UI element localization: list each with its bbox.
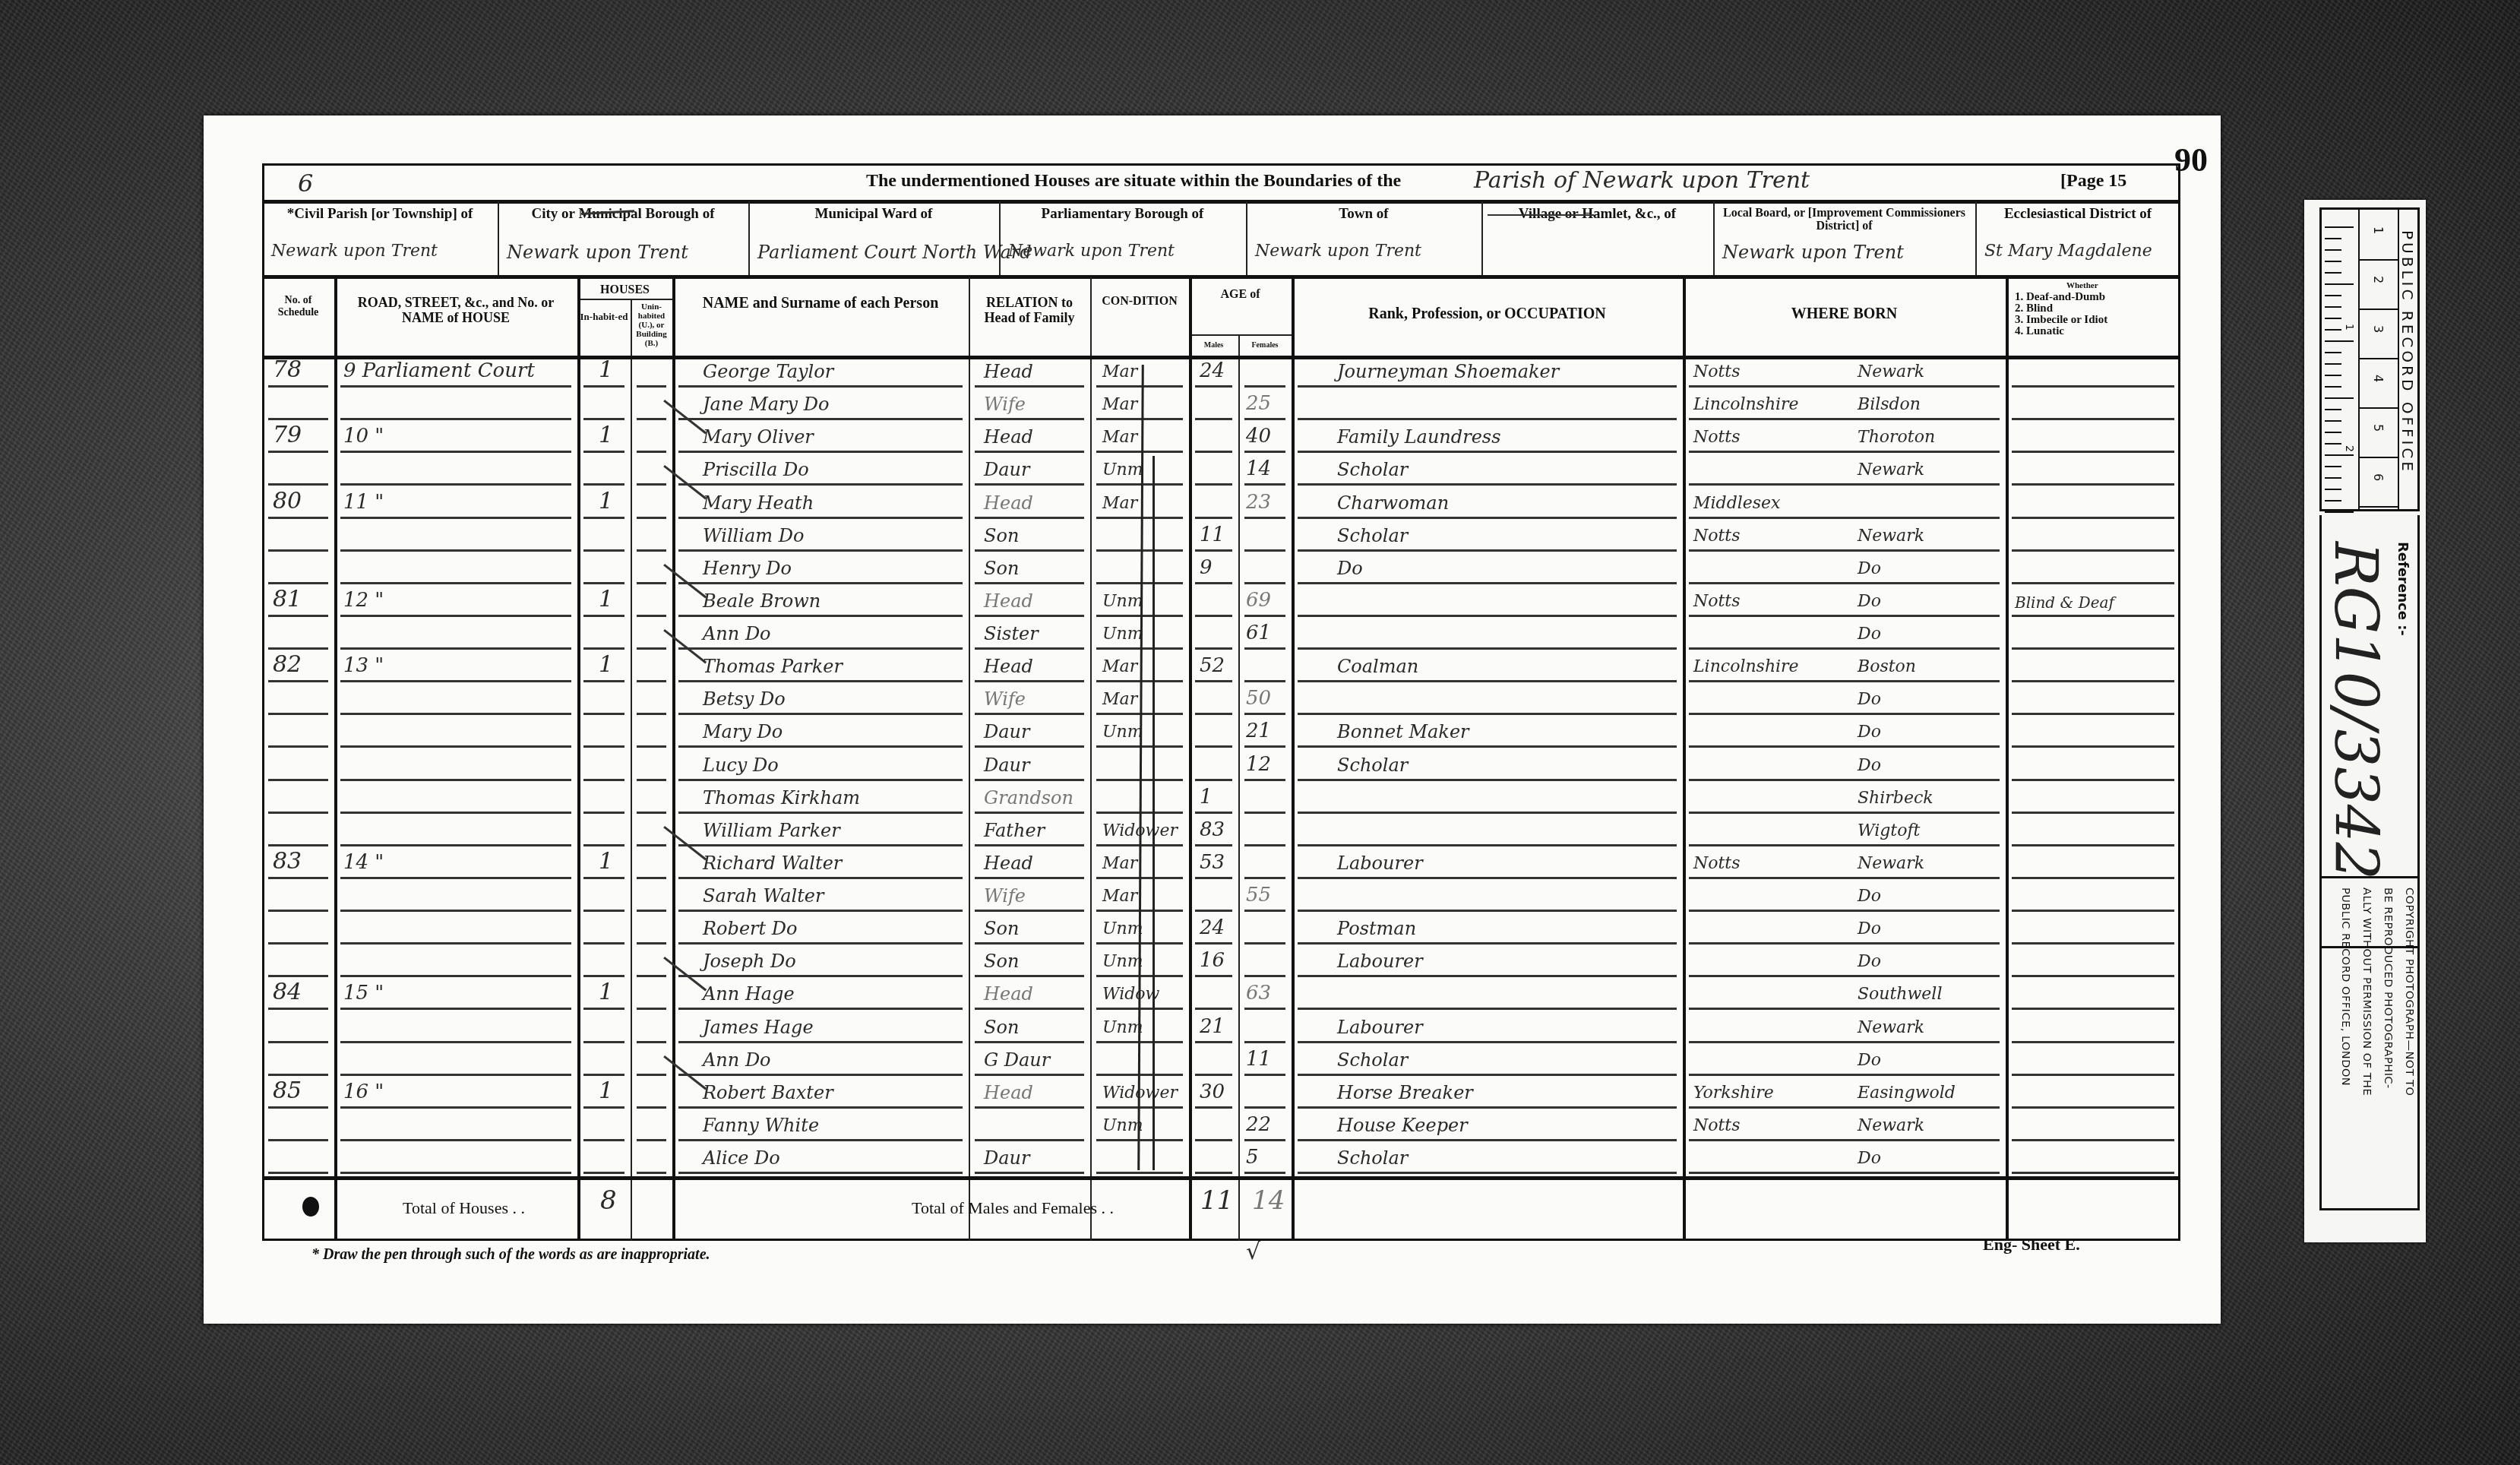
relation-to-head: G Daur bbox=[984, 1049, 1050, 1071]
row-rule bbox=[1195, 615, 1232, 617]
row-rule bbox=[583, 1041, 624, 1043]
infirmity: Blind & Deaf bbox=[2015, 593, 2114, 612]
row-rule bbox=[2012, 844, 2174, 846]
scale-number: 6 bbox=[2371, 473, 2386, 481]
row-rule bbox=[678, 451, 963, 453]
row-rule bbox=[678, 1041, 963, 1043]
ruler-tick bbox=[2325, 318, 2341, 319]
relation-to-head: Head bbox=[984, 590, 1033, 612]
row-rule bbox=[1689, 483, 2000, 486]
relation-to-head: Son bbox=[984, 525, 1019, 546]
row-rule bbox=[1244, 975, 1285, 977]
row-rule bbox=[340, 877, 571, 879]
row-rule bbox=[268, 418, 328, 420]
row-rule bbox=[1689, 1139, 2000, 1141]
schedule-number: 78 bbox=[273, 356, 302, 383]
age-divider bbox=[1189, 334, 1292, 336]
row-rule bbox=[1244, 812, 1285, 814]
row-rule bbox=[637, 1139, 666, 1141]
row-rule bbox=[2012, 549, 2174, 552]
row-rule bbox=[1195, 713, 1232, 715]
ruler-tick bbox=[2325, 397, 2354, 399]
row-rule bbox=[340, 779, 571, 781]
marital-condition: Unm bbox=[1102, 460, 1143, 479]
occupation: Do bbox=[1337, 558, 1363, 579]
ruler-tick bbox=[2325, 409, 2341, 410]
row-rule bbox=[2012, 582, 2174, 584]
row-rule bbox=[1244, 713, 1285, 715]
inhabited-count: 1 bbox=[599, 848, 613, 875]
row-rule bbox=[2012, 1008, 2174, 1010]
occupation: Scholar bbox=[1337, 1049, 1408, 1071]
row-rule bbox=[678, 1008, 963, 1010]
row-rule bbox=[975, 745, 1084, 748]
row-rule bbox=[2012, 680, 2174, 682]
inhabited-count: 1 bbox=[599, 651, 613, 678]
row-rule bbox=[1298, 779, 1677, 781]
row-rule bbox=[268, 647, 328, 650]
person-name: Robert Baxter bbox=[703, 1082, 833, 1103]
district-value: Parliament Court North Ward bbox=[757, 242, 1032, 263]
row-rule bbox=[583, 1008, 624, 1010]
row-rule bbox=[2012, 1139, 2174, 1141]
row-rule bbox=[1096, 517, 1183, 519]
ruler-tick bbox=[2325, 363, 2341, 365]
birth-place: Do bbox=[1858, 723, 1881, 742]
row-rule bbox=[1195, 385, 1232, 388]
district-label: Town of bbox=[1246, 207, 1481, 222]
age-male: 21 bbox=[1200, 1015, 1225, 1038]
header-age: AGE of bbox=[1189, 287, 1292, 302]
row-rule bbox=[2012, 812, 2174, 814]
relation-to-head: Son bbox=[984, 558, 1019, 579]
row-rule bbox=[583, 385, 624, 388]
birth-place: Southwell bbox=[1858, 985, 1942, 1004]
copyright-line: ALLY WITHOUT PERMISSION OF THE bbox=[2360, 888, 2373, 1096]
page-label: [Page 15 bbox=[2060, 171, 2126, 191]
corner-mark: 6 bbox=[298, 169, 313, 198]
marital-condition: Mar bbox=[1102, 362, 1137, 381]
row-rule bbox=[1244, 844, 1285, 846]
row-rule bbox=[975, 549, 1084, 552]
person-name: Ann Hage bbox=[703, 983, 795, 1005]
row-rule bbox=[340, 1008, 571, 1010]
marital-condition: Mar bbox=[1102, 887, 1137, 906]
age-male: 16 bbox=[1200, 949, 1225, 972]
ruler-tick bbox=[2325, 295, 2341, 296]
row-rule bbox=[1195, 1172, 1232, 1174]
ruler-tick bbox=[2325, 477, 2341, 479]
row-rule bbox=[1689, 647, 2000, 650]
birth-county: Middlesex bbox=[1693, 494, 1781, 513]
schedule-number: 79 bbox=[273, 422, 302, 448]
total-houses-value: 8 bbox=[600, 1185, 617, 1216]
inhabited-count: 1 bbox=[599, 1077, 613, 1104]
sheet-code: Eng- Sheet E. bbox=[1983, 1235, 2080, 1255]
birth-place: Newark bbox=[1858, 460, 1924, 479]
row-rule bbox=[975, 1041, 1084, 1043]
ruler-tick bbox=[2325, 226, 2354, 228]
row-rule bbox=[1096, 615, 1183, 617]
row-rule bbox=[678, 1172, 963, 1174]
district-value: Newark upon Trent bbox=[1255, 242, 1421, 261]
row-rule bbox=[340, 1172, 571, 1174]
row-rule bbox=[1298, 812, 1677, 814]
person-name: Thomas Kirkham bbox=[703, 787, 860, 808]
row-rule bbox=[637, 451, 666, 453]
age-female: 40 bbox=[1246, 425, 1271, 448]
row-rule bbox=[2012, 647, 2174, 650]
ruler-tick bbox=[2325, 238, 2341, 239]
marital-condition: Unm bbox=[1102, 952, 1143, 971]
relation-to-head: Father bbox=[984, 820, 1045, 841]
row-rule bbox=[583, 779, 624, 781]
row-rule bbox=[1689, 680, 2000, 682]
ruler-tick bbox=[2325, 249, 2341, 251]
row-rule bbox=[1689, 877, 2000, 879]
row-rule bbox=[678, 647, 963, 650]
row-rule bbox=[268, 615, 328, 617]
age-female: 25 bbox=[1246, 392, 1271, 415]
marital-condition: Mar bbox=[1102, 428, 1137, 447]
person-name: Alice Do bbox=[703, 1147, 780, 1169]
houses-divider bbox=[577, 299, 672, 300]
row-rule bbox=[583, 647, 624, 650]
relation-to-head: Head bbox=[984, 492, 1033, 514]
row-rule bbox=[1298, 582, 1677, 584]
age-male: 24 bbox=[1200, 359, 1225, 382]
row-rule bbox=[1195, 812, 1232, 814]
occupation: Charwoman bbox=[1337, 492, 1449, 514]
row-rule bbox=[1689, 1008, 2000, 1010]
inhabited-count: 1 bbox=[599, 422, 613, 448]
person-name: George Taylor bbox=[703, 361, 833, 382]
row-rule bbox=[340, 713, 571, 715]
house-address: 16 " bbox=[343, 1081, 384, 1103]
scale-cell bbox=[2360, 210, 2398, 261]
tick-mark: √ bbox=[1246, 1239, 1260, 1265]
ruler-tick bbox=[2325, 443, 2341, 445]
birth-place: Newark bbox=[1858, 1116, 1924, 1135]
row-rule bbox=[678, 975, 963, 977]
row-rule bbox=[975, 1106, 1084, 1109]
house-address: 10 " bbox=[343, 425, 384, 448]
marital-condition: Unm bbox=[1102, 1018, 1143, 1037]
person-name: William Parker bbox=[703, 820, 840, 841]
row-rule bbox=[678, 549, 963, 552]
row-rule bbox=[340, 975, 571, 977]
relation-to-head: Head bbox=[984, 656, 1033, 677]
row-rule bbox=[1244, 483, 1285, 486]
row-rule bbox=[1298, 647, 1677, 650]
row-rule bbox=[583, 615, 624, 617]
age-female: 14 bbox=[1246, 457, 1271, 480]
row-rule bbox=[975, 877, 1084, 879]
row-rule bbox=[1195, 1106, 1232, 1109]
row-rule bbox=[1244, 582, 1285, 584]
birth-place: Wigtoft bbox=[1858, 821, 1920, 840]
birth-county: Lincolnshire bbox=[1693, 657, 1799, 676]
age-female: 50 bbox=[1246, 687, 1271, 710]
ruler-tick bbox=[2325, 432, 2341, 433]
row-rule bbox=[678, 844, 963, 846]
relation-to-head: Son bbox=[984, 1017, 1019, 1038]
occupation: Family Laundress bbox=[1337, 426, 1500, 448]
row-rule bbox=[1298, 418, 1677, 420]
person-name: Sarah Walter bbox=[703, 885, 824, 907]
row-rule bbox=[340, 385, 571, 388]
person-name: Lucy Do bbox=[703, 755, 779, 776]
scale-cell bbox=[2360, 259, 2398, 310]
row-rule bbox=[1689, 910, 2000, 912]
row-rule bbox=[1689, 713, 2000, 715]
birth-place: Newark bbox=[1858, 527, 1924, 546]
schedule-number: 81 bbox=[273, 586, 302, 612]
scale-cell bbox=[2360, 457, 2398, 508]
row-rule bbox=[340, 418, 571, 420]
schedule-number: 80 bbox=[273, 488, 302, 514]
row-rule bbox=[1096, 418, 1183, 420]
row-rule bbox=[583, 549, 624, 552]
header-uninhabited: Unin-habited (U.), or Building (B.) bbox=[632, 302, 671, 348]
row-rule bbox=[583, 680, 624, 682]
row-rule bbox=[975, 1139, 1084, 1141]
row-rule bbox=[975, 517, 1084, 519]
row-rule bbox=[268, 1074, 328, 1076]
reference-label: Reference :- bbox=[2395, 542, 2411, 636]
row-rule bbox=[1244, 418, 1285, 420]
row-rule bbox=[637, 483, 666, 486]
marital-condition: Unm bbox=[1102, 919, 1143, 938]
age-female: 5 bbox=[1246, 1146, 1259, 1169]
schedule-number: 85 bbox=[273, 1077, 302, 1104]
row-rule bbox=[1195, 779, 1232, 781]
row-rule bbox=[583, 1074, 624, 1076]
birth-place: Easingwold bbox=[1858, 1084, 1956, 1103]
inhabited-count: 1 bbox=[599, 488, 613, 514]
row-rule bbox=[1244, 1008, 1285, 1010]
row-rule bbox=[1195, 418, 1232, 420]
person-name: Priscilla Do bbox=[703, 459, 809, 480]
schedule-number: 83 bbox=[273, 848, 302, 875]
person-name: Mary Heath bbox=[703, 492, 814, 514]
row-rule bbox=[268, 1041, 328, 1043]
row-rule bbox=[1689, 451, 2000, 453]
birth-county: Notts bbox=[1693, 527, 1740, 546]
row-rule bbox=[1195, 1074, 1232, 1076]
district-label: Local Board, or [Improvement Commissione… bbox=[1713, 207, 1975, 233]
marital-condition: Mar bbox=[1102, 494, 1137, 513]
row-rule bbox=[1096, 483, 1183, 486]
schedule-number: 82 bbox=[273, 651, 302, 678]
row-rule bbox=[1689, 942, 2000, 944]
row-rule bbox=[1244, 549, 1285, 552]
row-rule bbox=[1298, 1106, 1677, 1109]
row-rule bbox=[2012, 451, 2174, 453]
person-name: Ann Do bbox=[703, 1049, 771, 1071]
row-rule bbox=[1298, 1172, 1677, 1174]
row-rule bbox=[975, 680, 1084, 682]
row-rule bbox=[268, 713, 328, 715]
row-rule bbox=[340, 1106, 571, 1109]
ruler-tick bbox=[2325, 352, 2341, 353]
scale-cell bbox=[2360, 407, 2398, 458]
person-name: Thomas Parker bbox=[703, 656, 843, 677]
row-rule bbox=[678, 517, 963, 519]
row-rule bbox=[637, 1074, 666, 1076]
occupation: Coalman bbox=[1337, 656, 1418, 677]
birth-place: Newark bbox=[1858, 854, 1924, 873]
ruler-tick bbox=[2325, 375, 2341, 376]
row-rule bbox=[2012, 483, 2174, 486]
ruler-tick bbox=[2325, 272, 2341, 274]
district-label: Municipal Ward of bbox=[748, 207, 999, 222]
person-name: Jane Mary Do bbox=[703, 394, 829, 415]
occupation: Labourer bbox=[1337, 853, 1423, 874]
district-value: Newark upon Trent bbox=[1722, 242, 1904, 263]
occupation: Labourer bbox=[1337, 951, 1423, 972]
total-males-value: 11 bbox=[1200, 1185, 1233, 1216]
birth-place: Do bbox=[1858, 756, 1881, 775]
row-rule bbox=[975, 615, 1084, 617]
row-rule bbox=[340, 483, 571, 486]
birth-county: Notts bbox=[1693, 428, 1740, 447]
row-rule bbox=[2012, 1172, 2174, 1174]
row-rule bbox=[1298, 517, 1677, 519]
row-rule bbox=[1298, 877, 1677, 879]
birth-place: Bilsdon bbox=[1858, 395, 1921, 414]
row-rule bbox=[1689, 779, 2000, 781]
row-rule bbox=[975, 1008, 1084, 1010]
row-rule bbox=[637, 418, 666, 420]
row-rule bbox=[1298, 942, 1677, 944]
row-rule bbox=[975, 910, 1084, 912]
row-rule bbox=[678, 483, 963, 486]
row-rule bbox=[637, 517, 666, 519]
age-female: 21 bbox=[1246, 720, 1271, 742]
row-rule bbox=[1096, 582, 1183, 584]
row-rule bbox=[2012, 517, 2174, 519]
age-male: 24 bbox=[1200, 916, 1225, 939]
district-label: *Civil Parish [or Township] of bbox=[262, 207, 498, 222]
row-rule bbox=[268, 910, 328, 912]
footnote: * Draw the pen through such of the words… bbox=[311, 1246, 710, 1264]
row-rule bbox=[975, 812, 1084, 814]
row-rule bbox=[268, 549, 328, 552]
row-rule bbox=[975, 1172, 1084, 1174]
row-rule bbox=[637, 942, 666, 944]
row-rule bbox=[268, 680, 328, 682]
row-rule bbox=[637, 549, 666, 552]
relation-to-head: Head bbox=[984, 853, 1033, 874]
header-where-born: WHERE BORN bbox=[1687, 305, 2001, 322]
row-rule bbox=[637, 1008, 666, 1010]
row-rule bbox=[268, 745, 328, 748]
row-rule bbox=[1244, 1139, 1285, 1141]
row-rule bbox=[583, 812, 624, 814]
birth-place: Shirbeck bbox=[1858, 789, 1933, 808]
row-rule bbox=[678, 582, 963, 584]
scale-cell bbox=[2360, 309, 2398, 359]
relation-to-head: Head bbox=[984, 361, 1033, 382]
house-address: 13 " bbox=[343, 654, 384, 677]
row-rule bbox=[340, 1074, 571, 1076]
row-rule bbox=[1195, 1139, 1232, 1141]
row-rule bbox=[583, 517, 624, 519]
person-name: Mary Oliver bbox=[703, 426, 814, 448]
relation-to-head: Head bbox=[984, 1082, 1033, 1103]
row-rule bbox=[637, 385, 666, 388]
row-rule bbox=[678, 1139, 963, 1141]
birth-place: Newark bbox=[1858, 1018, 1924, 1037]
row-rule bbox=[1298, 1008, 1677, 1010]
row-rule bbox=[1298, 1139, 1677, 1141]
district-value: Newark upon Trent bbox=[1008, 242, 1175, 261]
row-rule bbox=[1195, 451, 1232, 453]
scale-number: 4 bbox=[2371, 375, 2386, 382]
row-rule bbox=[340, 549, 571, 552]
row-rule bbox=[1096, 1172, 1183, 1174]
ruler-tick bbox=[2325, 454, 2354, 456]
occupation: Bonnet Maker bbox=[1337, 721, 1469, 742]
scale-number: 1 bbox=[2371, 226, 2386, 234]
row-rule bbox=[340, 582, 571, 584]
row-rule bbox=[583, 418, 624, 420]
marital-condition: Unm bbox=[1102, 625, 1143, 644]
row-rule bbox=[1298, 615, 1677, 617]
row-rule bbox=[637, 812, 666, 814]
person-name: Robert Do bbox=[703, 918, 798, 939]
row-rule bbox=[678, 779, 963, 781]
row-rule bbox=[340, 451, 571, 453]
header-name: NAME and Surname of each Person bbox=[677, 295, 964, 312]
row-rule bbox=[637, 1106, 666, 1109]
age-female: 12 bbox=[1246, 753, 1271, 776]
age-female: 22 bbox=[1246, 1113, 1271, 1136]
row-rule bbox=[2012, 942, 2174, 944]
scale-cell bbox=[2360, 358, 2398, 409]
marital-condition: Widow bbox=[1102, 985, 1159, 1004]
row-rule bbox=[1244, 1074, 1285, 1076]
house-address: 11 " bbox=[343, 491, 384, 514]
age-male: 9 bbox=[1200, 556, 1213, 579]
copyright-line: COPYRIGHT PHOTOGRAPH—NOT TO bbox=[2403, 888, 2415, 1096]
age-male: 30 bbox=[1200, 1081, 1225, 1103]
row-rule bbox=[637, 975, 666, 977]
birth-place: Do bbox=[1858, 559, 1881, 578]
row-rule bbox=[1195, 877, 1232, 879]
row-rule bbox=[678, 910, 963, 912]
row-rule bbox=[1195, 582, 1232, 584]
row-rule bbox=[583, 975, 624, 977]
district-label: City or Municipal Borough of bbox=[498, 207, 748, 222]
header-infirmity-option: 1. Deaf-and-Dumb bbox=[2015, 292, 2105, 303]
district-value: Newark upon Trent bbox=[507, 242, 688, 263]
row-rule bbox=[340, 942, 571, 944]
row-rule bbox=[1689, 517, 2000, 519]
relation-to-head: Daur bbox=[984, 459, 1029, 480]
row-rule bbox=[340, 615, 571, 617]
row-rule bbox=[583, 1139, 624, 1141]
row-rule bbox=[1195, 1041, 1232, 1043]
birth-place: Newark bbox=[1858, 362, 1924, 381]
row-rule bbox=[637, 877, 666, 879]
relation-to-head: Daur bbox=[984, 1147, 1029, 1169]
row-rule bbox=[1689, 1041, 2000, 1043]
pen-stroke bbox=[1152, 456, 1155, 1170]
age-female: 55 bbox=[1246, 884, 1271, 907]
row-rule bbox=[975, 582, 1084, 584]
